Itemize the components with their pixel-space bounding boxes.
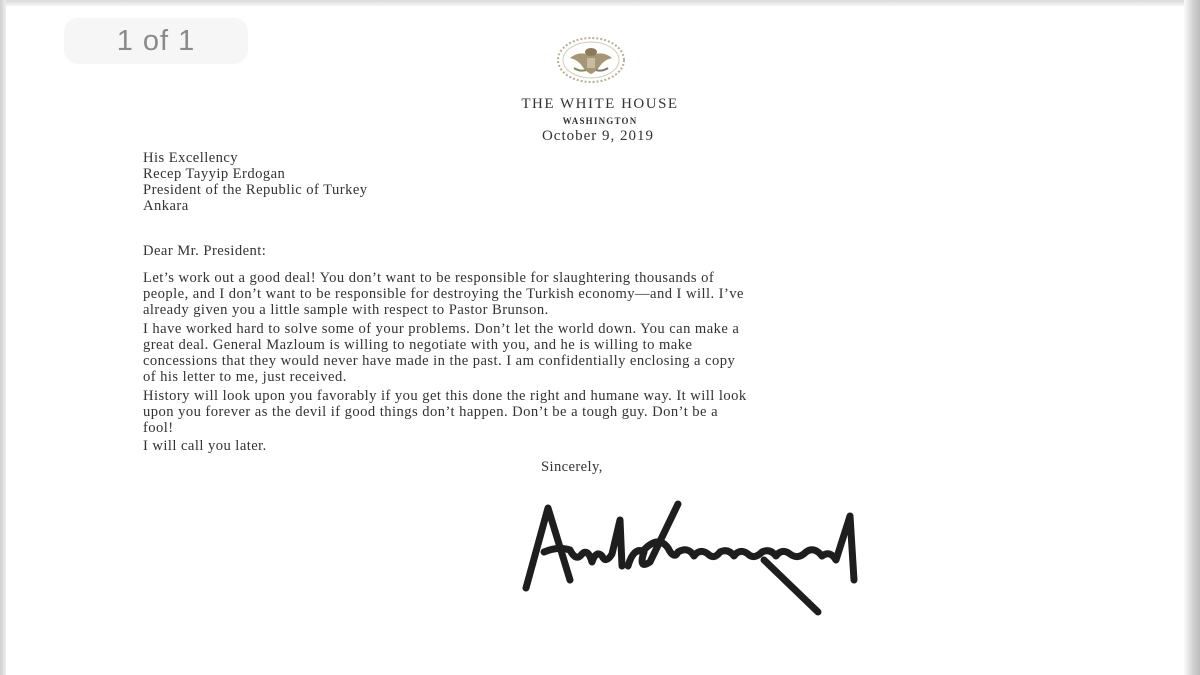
paragraph-line: already given you a little sample with r… [143,302,1063,318]
recipient-line: Ankara [143,198,1063,214]
letterhead-city: WASHINGTON [440,116,760,126]
page-indicator: 1 of 1 [64,18,248,64]
recipient-line: His Excellency [143,150,1063,166]
presidential-seal-icon [556,36,626,84]
paragraph-line: concessions that they would never have m… [143,353,1063,369]
recipient-line: President of the Republic of Turkey [143,182,1063,198]
paragraph-line: Let’s work out a good deal! You don’t wa… [143,270,1063,286]
paragraph-3: History will look upon you favorably if … [143,388,1063,436]
signature-icon [518,490,938,620]
viewer-scrollbar[interactable] [1184,0,1200,675]
paragraph-4: I will call you later. [143,438,1063,454]
page-indicator-text: 1 of 1 [117,25,196,58]
paragraph-line: of his letter to me, just received. [143,369,1063,385]
recipient-address: His Excellency Recep Tayyip Erdogan Pres… [143,150,1063,214]
paragraph-line: great deal. General Mazloum is willing t… [143,337,1063,353]
paragraph-line: upon you forever as the devil if good th… [143,404,1063,420]
paragraph-line: fool! [143,420,1063,436]
recipient-line: Recep Tayyip Erdogan [143,166,1063,182]
viewer-frame-top [0,0,1200,6]
paragraph-line: History will look upon you favorably if … [143,388,1063,404]
paragraph-line: people, and I don’t want to be responsib… [143,286,1063,302]
paragraph-2: I have worked hard to solve some of your… [143,321,1063,385]
paragraph-line: I have worked hard to solve some of your… [143,321,1063,337]
paragraph-1: Let’s work out a good deal! You don’t wa… [143,270,1063,318]
closing: Sincerely, [541,459,603,476]
letter-date: October 9, 2019 [438,128,758,145]
viewer-frame-left [0,0,6,675]
salutation: Dear Mr. President: [143,243,1063,259]
letterhead-title: THE WHITE HOUSE [440,96,760,113]
paragraph-line: I will call you later. [143,438,1063,454]
